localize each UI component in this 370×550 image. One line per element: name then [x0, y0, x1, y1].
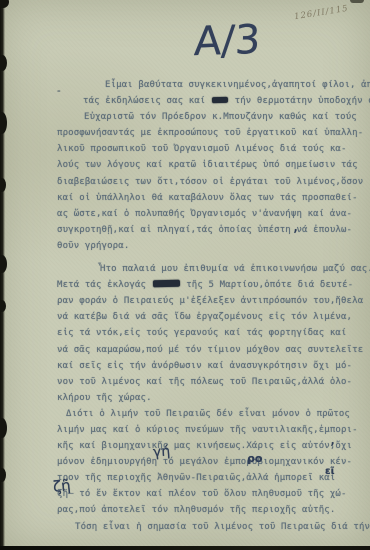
typed-line: θοῦν γρήγορα.: [0, 238, 370, 254]
paragraph-3: Ἦτο παλαιά μου ἐπιθυμία νά ἐπικοινωνήσω …: [0, 261, 370, 406]
typed-line-segment: τήν θερμοτάτην ὑποδοχήν σας.: [229, 96, 370, 106]
typed-line: προσφωνήσαντάς με ἐκπροσώπους τοῦ ἐργατι…: [0, 125, 370, 141]
typed-line: καί σεῖς εἰς τήν ἀνόρθωσιν καί ἀνασυγκρό…: [0, 358, 370, 374]
scan-bottom-edge: [0, 546, 370, 550]
typed-line: Ἦτο παλαιά μου ἐπιθυμία νά ἐπικοινωνήσω …: [0, 261, 370, 277]
paragraph-1: Εἶμαι βαθύτατα συγκεκινημένος,ἀγαπητοί φ…: [0, 77, 370, 109]
typed-line-segment: Μετά τάς ἐκλογάς: [57, 280, 152, 290]
handwritten-correction: ζῆ: [52, 476, 71, 496]
typed-line: διαβεβαιώσεις των ὅτι,τόσον οἱ ἐργάται τ…: [0, 174, 370, 190]
typed-line: νά σᾶς καμαρώσω,πού μέ τόν τίμιον μόχθον…: [0, 342, 370, 358]
typed-line: Μετά τάς ἐκλογάς τῆς 5 Μαρτίου,ὁπότε διά…: [0, 277, 370, 293]
typed-line: μόνον ἐδημιουργήθη τό μεγάλον ἐμποροβιομ…: [0, 454, 370, 470]
typed-line-segment: τῆς 5 Μαρτίου,ὁπότε διά δευτέ-: [181, 280, 354, 290]
typed-line: Διότι ὁ λιμήν τοῦ Πειραιῶς δέν εἶναι μόν…: [0, 406, 370, 422]
typed-line: Εἶμαι βαθύτατα συγκεκινημένος,ἀγαπητοί φ…: [0, 77, 370, 93]
handwritten-comma: ,: [330, 429, 335, 448]
typed-line: νον τοῦ λιμένος καί τῆς πόλεως τοῦ Πειρα…: [0, 374, 370, 390]
ink-blackout: [212, 96, 228, 102]
typed-line-segment: τάς ἐκδηλώσεις σας καί: [83, 96, 211, 106]
ink-blackout: [153, 280, 180, 288]
paragraph-2: Εὐχαριστῶ τόν Πρόεδρον κ.Μπουζάνην καθώς…: [0, 109, 370, 254]
paragraph-5: Τόση εἶναι ἡ σημασία τοῦ λιμένος τοῦ Πει…: [0, 519, 370, 535]
typed-line: κλήρου τῆς χώρας.: [0, 390, 370, 406]
handwritten-comma: ,: [293, 216, 298, 235]
typed-line: εἰς τά ντόκ,εἰς τούς γερανούς καί τάς φο…: [0, 325, 370, 341]
handwritten-correction: ρο: [247, 452, 262, 465]
typed-line: καί οἱ ὑπάλληλοι θά καταβάλουν ὅλας των …: [0, 190, 370, 206]
typed-line: ας ὥστε,καί ὁ πολυπαθής Ὀργανισμός ν'ἀνα…: [0, 206, 370, 222]
typed-line: συγκροτηθῇ,καί αἱ πληγαί,τάς ὁποίας ὑπέσ…: [0, 222, 370, 238]
handwritten-correction: εῖ: [325, 466, 334, 477]
typed-line: νά κατέβω διά νά σᾶς ἴδω ἐργαζομένους εἰ…: [0, 309, 370, 325]
typed-line: λούς των λόγους καί κρατῶ ἰδιαιτέρως ὑπό…: [0, 157, 370, 173]
handwritten-correction: γή: [152, 443, 170, 460]
scanned-letter-page: 126/ΙΙ/115 Α/3 - Εἶμαι βαθύτατα συγκεκιν…: [0, 0, 370, 550]
paragraph-4: Διότι ὁ λιμήν τοῦ Πειραιῶς δέν εἶναι μόν…: [0, 406, 370, 519]
typed-line: ρας,πού ἀποτελεῖ τόν πληθυσμόν τῆς περιο…: [0, 502, 370, 518]
typed-line: ραν φοράν ὁ Πειραιεύς μ'ἐξέλεξεν ἀντιπρό…: [0, 293, 370, 309]
typed-line: λικοῦ προσωπικοῦ τοῦ Ὀργανισμοῦ Λιμένος …: [0, 141, 370, 157]
typed-line: Εὐχαριστῶ τόν Πρόεδρον κ.Μπουζάνην καθώς…: [0, 109, 370, 125]
typed-line: τάς ἐκδηλώσεις σας καί τήν θερμοτάτην ὑπ…: [0, 93, 370, 109]
typed-line: Τόση εἶναι ἡ σημασία τοῦ λιμένος τοῦ Πει…: [0, 519, 370, 535]
typed-line: κῆς καί βιομηχανικῆς μας κινήσεως.Χάρις …: [0, 438, 370, 454]
typed-line: λιμήν μας καί ὁ κύριος πνεύμων τῆς ναυτι…: [0, 422, 370, 438]
typed-text-block: Εἶμαι βαθύτατα συγκεκινημένος,ἀγαπητοί φ…: [0, 0, 370, 535]
